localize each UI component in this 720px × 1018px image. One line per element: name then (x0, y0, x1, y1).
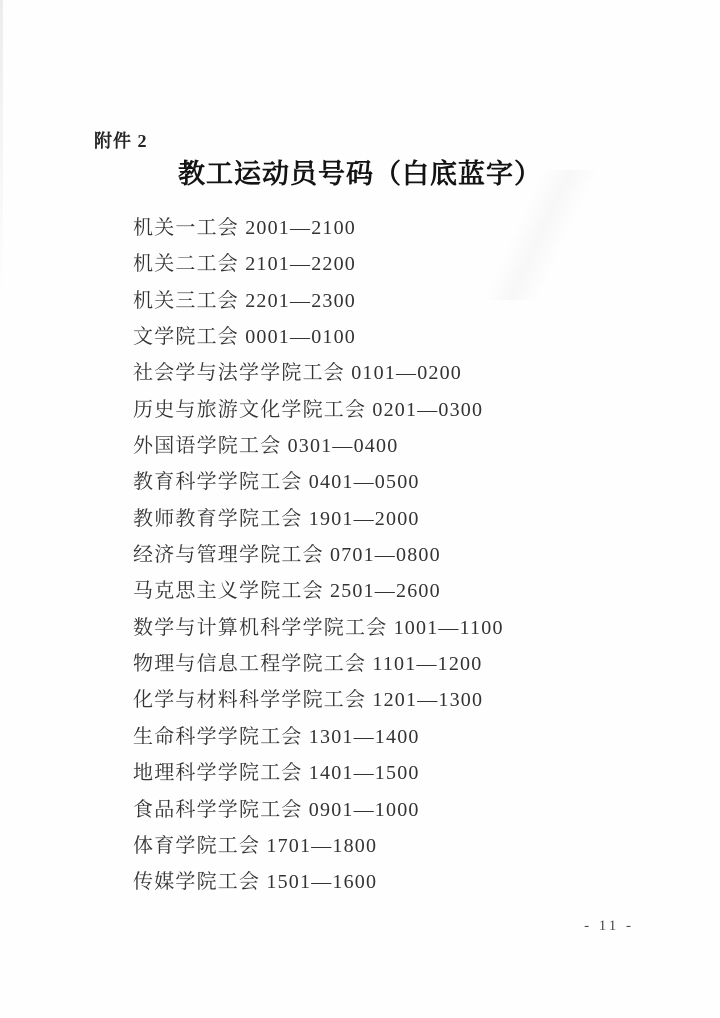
left-edge-scan-shadow (0, 0, 3, 300)
list-item: 教师教育学院工会 1901—2000 (133, 501, 504, 537)
list-item: 化学与材料科学学院工会 1201—1300 (133, 682, 504, 718)
list-item: 教育科学学院工会 0401—0500 (133, 464, 504, 500)
list-item: 机关二工会 2101—2200 (133, 246, 504, 282)
attachment-label: 附件 2 (94, 127, 148, 153)
list-item: 社会学与法学学院工会 0101—0200 (133, 355, 504, 391)
list-item: 体育学院工会 1701—1800 (133, 828, 504, 864)
list-item: 文学院工会 0001—0100 (133, 319, 504, 355)
list-item: 数学与计算机科学学院工会 1001—1100 (133, 610, 504, 646)
list-item: 机关一工会 2001—2100 (133, 210, 504, 246)
list-item: 生命科学学院工会 1301—1400 (133, 719, 504, 755)
list-item: 食品科学学院工会 0901—1000 (133, 792, 504, 828)
page-number: - 11 - (584, 918, 634, 935)
list-item: 传媒学院工会 1501—1600 (133, 864, 504, 900)
list-item: 经济与管理学院工会 0701—0800 (133, 537, 504, 573)
document-title: 教工运动员号码（白底蓝字） (0, 152, 720, 191)
list-item: 机关三工会 2201—2300 (133, 283, 504, 319)
number-assignment-list: 机关一工会 2001—2100 机关二工会 2101—2200 机关三工会 22… (133, 210, 504, 901)
list-item: 地理科学学院工会 1401—1500 (133, 755, 504, 791)
list-item: 历史与旅游文化学院工会 0201—0300 (133, 392, 504, 428)
document-page: 附件 2 教工运动员号码（白底蓝字） 机关一工会 2001—2100 机关二工会… (0, 0, 720, 1018)
list-item: 马克思主义学院工会 2501—2600 (133, 573, 504, 609)
list-item: 外国语学院工会 0301—0400 (133, 428, 504, 464)
list-item: 物理与信息工程学院工会 1101—1200 (133, 646, 504, 682)
